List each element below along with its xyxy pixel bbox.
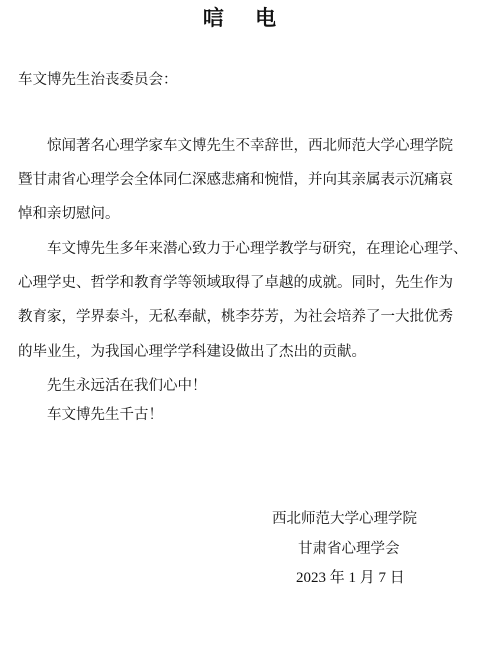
paragraph-1-line-3: 悼和亲切慰问。 [18, 202, 120, 223]
signature-org-1: 西北师范大学心理学院 [272, 507, 417, 528]
closing-line-1: 先生永远活在我们心中！ [47, 374, 207, 395]
paragraph-2-line-2: 心理学史、哲学和教育学等领域取得了卓越的成就。同时，先生作为 [18, 271, 453, 292]
paragraph-1-line-1: 惊闻著名心理学家车文博先生不幸辞世，西北师范大学心理学院 [47, 134, 453, 155]
paragraph-2-line-3: 教育家，学界泰斗，无私奉献，桃李芬芳，为社会培养了一大批优秀 [18, 305, 453, 326]
paragraph-2-line-4: 的毕业生，为我国心理学学科建设做出了杰出的贡献。 [18, 340, 366, 361]
salutation: 车文博先生治丧委员会： [18, 68, 178, 89]
closing-line-2: 车文博先生千古！ [47, 403, 163, 424]
document-title: 唁 电 [0, 2, 491, 32]
signature-date: 2023 年 1 月 7 日 [296, 566, 405, 587]
paragraph-1-line-2: 暨甘肃省心理学会全体同仁深感悲痛和惋惜，并向其亲属表示沉痛哀 [18, 168, 453, 189]
signature-org-2: 甘肃省心理学会 [298, 537, 400, 558]
paragraph-2-line-1: 车文博先生多年来潜心致力于心理学教学与研究，在理论心理学、 [47, 237, 468, 258]
